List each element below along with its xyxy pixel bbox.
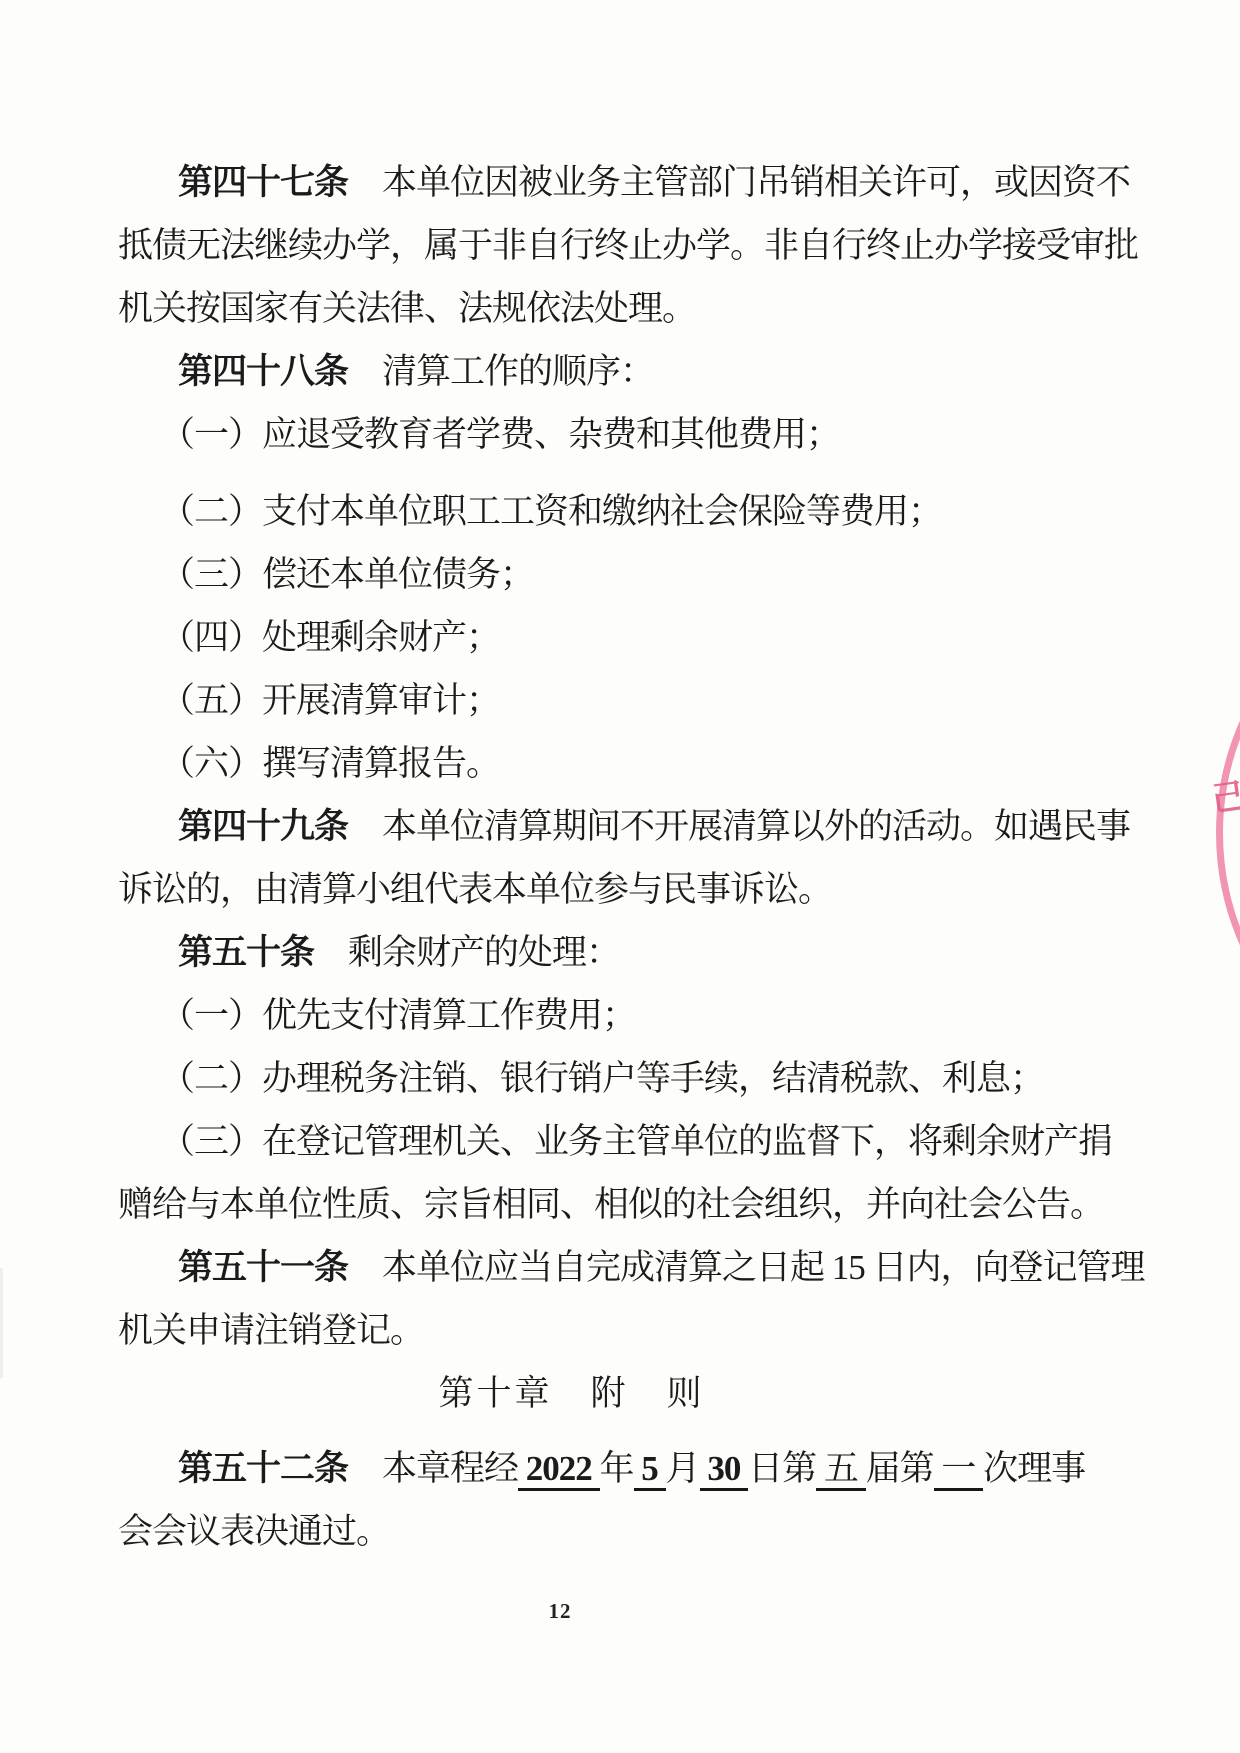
text-segment: 抵债无法继续办学，属于非自行终止办学。非自行终止办学接受审批 [118,226,1138,265]
red-seal-glyph-icon: 己 [1210,780,1240,818]
text-line: 第十章 附 则 [63,1362,1080,1425]
text-segment: 次理事 [983,1449,1085,1488]
underlined-text: 一 [934,1449,984,1491]
text-line: （二）办理税务注销、银行销户等手续，结清税款、利息； [118,1047,1135,1110]
text-line: 赠给与本单位性质、宗旨相同、相似的社会组织，并向社会公告。 [118,1173,1135,1236]
text-line: （五）开展清算审计； [118,669,1135,732]
underlined-text: 2022 [518,1449,600,1491]
text-segment: 月 [666,1449,700,1488]
text-segment: 本单位清算期间不开展清算以外的活动。如遇民事 [348,807,1130,846]
text-segment: 第十章 附 则 [438,1374,704,1413]
article-number: 第五十二条 [178,1449,348,1488]
article-number: 第四十七条 [178,163,348,202]
text-segment: 本单位应当自完成清算之日起 15 日内，向登记管理 [348,1248,1145,1287]
text-segment: （五）开展清算审计； [160,681,500,720]
text-line: 第五十条 剩余财产的处理： [118,921,1135,984]
article-number: 第五十一条 [178,1248,348,1287]
text-segment: （二）办理税务注销、银行销户等手续，结清税款、利息； [160,1059,1044,1098]
text-segment: 本单位因被业务主管部门吊销相关许可，或因资不 [348,163,1130,202]
text-segment: （六）撰写清算报告。 [160,744,500,783]
underlined-text: 30 [700,1449,749,1491]
text-line: 第四十七条 本单位因被业务主管部门吊销相关许可，或因资不 [118,151,1135,214]
text-line: （一）应退受教育者学费、杂费和其他费用； [118,403,1135,466]
text-line: 第四十九条 本单位清算期间不开展清算以外的活动。如遇民事 [118,795,1135,858]
text-line: （三）偿还本单位债务； [118,543,1135,606]
text-segment: （一）优先支付清算工作费用； [160,996,636,1035]
text-segment: 日第 [748,1449,816,1488]
text-line: 第四十八条 清算工作的顺序： [118,340,1135,403]
text-line: （六）撰写清算报告。 [118,732,1135,795]
text-segment: 会会议表决通过。 [118,1512,390,1551]
page-number: 12 [532,1599,588,1624]
scanned-document-page: 第四十七条 本单位因被业务主管部门吊销相关许可，或因资不抵债无法继续办学，属于非… [0,0,1240,1753]
text-line: 机关申请注销登记。 [118,1299,1135,1362]
article-number: 第四十八条 [178,352,348,391]
text-segment: （三）在登记管理机关、业务主管单位的监督下，将剩余财产捐 [160,1122,1112,1161]
text-segment: 剩余财产的处理： [314,933,620,972]
text-line: （四）处理剩余财产； [118,606,1135,669]
text-segment: 清算工作的顺序： [348,352,654,391]
text-line: 诉讼的，由清算小组代表本单位参与民事诉讼。 [118,858,1135,921]
text-segment: （三）偿还本单位债务； [160,555,534,594]
text-line: 第五十二条 本章程经 2022 年 5 月 30 日第 五 届第 一 次理事 [118,1437,1135,1500]
text-segment: 年 [600,1449,634,1488]
text-segment: 届第 [866,1449,934,1488]
article-number: 第四十九条 [178,807,348,846]
text-segment: （一）应退受教育者学费、杂费和其他费用； [160,415,840,454]
text-segment: 机关申请注销登记。 [118,1311,424,1350]
underlined-text: 五 [816,1449,866,1491]
text-segment: （四）处理剩余财产； [160,618,500,657]
document-body: 第四十七条 本单位因被业务主管部门吊销相关许可，或因资不抵债无法继续办学，属于非… [118,151,1135,1563]
text-line: （一）优先支付清算工作费用； [118,984,1135,1047]
scan-edge-artifact [0,1268,3,1378]
underlined-text: 5 [634,1449,666,1491]
text-segment: 本章程经 [348,1449,518,1488]
text-segment: 诉讼的，由清算小组代表本单位参与民事诉讼。 [118,870,832,909]
text-segment: 机关按国家有关法律、法规依法处理。 [118,289,696,328]
text-line: 第五十一条 本单位应当自完成清算之日起 15 日内，向登记管理 [118,1236,1135,1299]
red-seal-arc-icon [1216,558,1240,1108]
text-line: 机关按国家有关法律、法规依法处理。 [118,277,1135,340]
article-number: 第五十条 [178,933,314,972]
text-line: （三）在登记管理机关、业务主管单位的监督下，将剩余财产捐 [118,1110,1135,1173]
text-segment: 赠给与本单位性质、宗旨相同、相似的社会组织，并向社会公告。 [118,1185,1104,1224]
text-line: 抵债无法继续办学，属于非自行终止办学。非自行终止办学接受审批 [118,214,1135,277]
text-line: （二）支付本单位职工工资和缴纳社会保险等费用； [118,480,1135,543]
text-line: 会会议表决通过。 [118,1500,1135,1563]
text-segment: （二）支付本单位职工工资和缴纳社会保险等费用； [160,492,942,531]
